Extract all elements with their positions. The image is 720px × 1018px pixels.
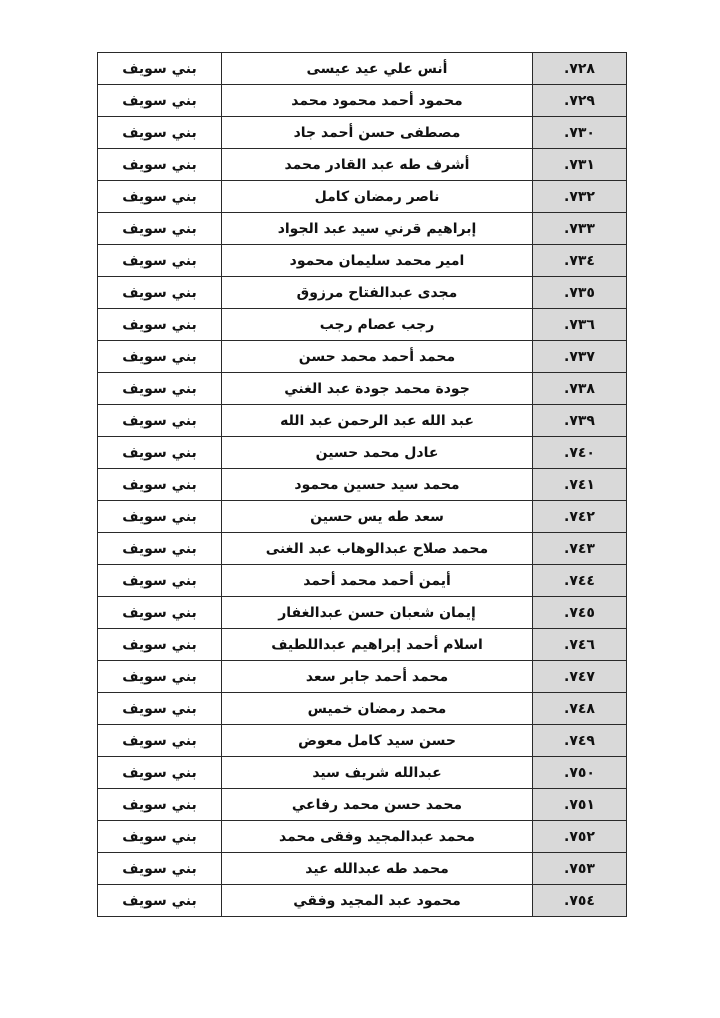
name-cell: امير محمد سليمان محمود: [222, 245, 533, 277]
number-cell: ٧٣٤.: [533, 245, 627, 277]
table-row: بني سويفمحمد رمضان خميس٧٤٨.: [98, 693, 627, 725]
table-row: بني سويفأيمن أحمد محمد أحمد٧٤٤.: [98, 565, 627, 597]
number-cell: ٧٣٦.: [533, 309, 627, 341]
name-cell: محمد سيد حسين محمود: [222, 469, 533, 501]
name-cell: محمد عبدالمجيد وفقى محمد: [222, 821, 533, 853]
name-cell: سعد طه يس حسين: [222, 501, 533, 533]
city-cell: بني سويف: [98, 501, 222, 533]
number-cell: ٧٣٥.: [533, 277, 627, 309]
table-row: بني سويفعبد الله عبد الرحمن عبد الله٧٣٩.: [98, 405, 627, 437]
city-cell: بني سويف: [98, 245, 222, 277]
table-row: بني سويفامير محمد سليمان محمود٧٣٤.: [98, 245, 627, 277]
number-cell: ٧٤٢.: [533, 501, 627, 533]
city-cell: بني سويف: [98, 565, 222, 597]
city-cell: بني سويف: [98, 277, 222, 309]
number-cell: ٧٤٥.: [533, 597, 627, 629]
name-cell: محمد أحمد جابر سعد: [222, 661, 533, 693]
name-cell: عبدالله شريف سيد: [222, 757, 533, 789]
city-cell: بني سويف: [98, 693, 222, 725]
city-cell: بني سويف: [98, 373, 222, 405]
table-row: بني سويفمصطفى حسن أحمد جاد٧٣٠.: [98, 117, 627, 149]
number-cell: ٧٣٩.: [533, 405, 627, 437]
city-cell: بني سويف: [98, 149, 222, 181]
city-cell: بني سويف: [98, 629, 222, 661]
city-cell: بني سويف: [98, 821, 222, 853]
table-row: بني سويفأشرف طه عبد القادر محمد٧٣١.: [98, 149, 627, 181]
table-row: بني سويفمجدى عبدالفتاح مرزوق٧٣٥.: [98, 277, 627, 309]
name-cell: محمود أحمد محمود محمد: [222, 85, 533, 117]
city-cell: بني سويف: [98, 725, 222, 757]
name-cell: أشرف طه عبد القادر محمد: [222, 149, 533, 181]
city-cell: بني سويف: [98, 885, 222, 917]
city-cell: بني سويف: [98, 213, 222, 245]
city-cell: بني سويف: [98, 341, 222, 373]
names-table-body: بني سويفأنس علي عيد عيسى٧٢٨.بني سويفمحمو…: [98, 53, 627, 917]
table-row: بني سويفمحمد أحمد محمد حسن٧٣٧.: [98, 341, 627, 373]
number-cell: ٧٥٣.: [533, 853, 627, 885]
number-cell: ٧٣٧.: [533, 341, 627, 373]
number-cell: ٧٤١.: [533, 469, 627, 501]
name-cell: محمد حسن محمد رفاعي: [222, 789, 533, 821]
city-cell: بني سويف: [98, 85, 222, 117]
number-cell: ٧٤٦.: [533, 629, 627, 661]
table-row: بني سويفمحمود أحمد محمود محمد٧٢٩.: [98, 85, 627, 117]
table-row: بني سويفمحمد صلاح عبدالوهاب عبد الغنى٧٤٣…: [98, 533, 627, 565]
number-cell: ٧٣٢.: [533, 181, 627, 213]
number-cell: ٧٣٠.: [533, 117, 627, 149]
table-row: بني سويفجودة محمد جودة عبد الغني٧٣٨.: [98, 373, 627, 405]
number-cell: ٧٥٤.: [533, 885, 627, 917]
city-cell: بني سويف: [98, 117, 222, 149]
number-cell: ٧٤٨.: [533, 693, 627, 725]
name-cell: محمد أحمد محمد حسن: [222, 341, 533, 373]
table-row: بني سويفمحمد حسن محمد رفاعي٧٥١.: [98, 789, 627, 821]
city-cell: بني سويف: [98, 597, 222, 629]
table-row: بني سويفرجب عصام رجب٧٣٦.: [98, 309, 627, 341]
city-cell: بني سويف: [98, 405, 222, 437]
name-cell: محمود عبد المجيد وفقي: [222, 885, 533, 917]
table-row: بني سويفعادل محمد حسين٧٤٠.: [98, 437, 627, 469]
number-cell: ٧٢٩.: [533, 85, 627, 117]
number-cell: ٧٤٩.: [533, 725, 627, 757]
table-row: بني سويفحسن سيد كامل معوض٧٤٩.: [98, 725, 627, 757]
name-cell: أنس علي عيد عيسى: [222, 53, 533, 85]
name-cell: اسلام أحمد إبراهيم عبداللطيف: [222, 629, 533, 661]
name-cell: مصطفى حسن أحمد جاد: [222, 117, 533, 149]
city-cell: بني سويف: [98, 437, 222, 469]
city-cell: بني سويف: [98, 53, 222, 85]
number-cell: ٧٣٣.: [533, 213, 627, 245]
city-cell: بني سويف: [98, 661, 222, 693]
city-cell: بني سويف: [98, 533, 222, 565]
name-cell: عبد الله عبد الرحمن عبد الله: [222, 405, 533, 437]
name-cell: رجب عصام رجب: [222, 309, 533, 341]
number-cell: ٧٣٨.: [533, 373, 627, 405]
number-cell: ٧٥١.: [533, 789, 627, 821]
name-cell: مجدى عبدالفتاح مرزوق: [222, 277, 533, 309]
name-cell: إبراهيم قرني سيد عبد الجواد: [222, 213, 533, 245]
table-row: بني سويفمحمد عبدالمجيد وفقى محمد٧٥٢.: [98, 821, 627, 853]
number-cell: ٧٥٠.: [533, 757, 627, 789]
city-cell: بني سويف: [98, 853, 222, 885]
table-row: بني سويفإبراهيم قرني سيد عبد الجواد٧٣٣.: [98, 213, 627, 245]
table-row: بني سويفمحمود عبد المجيد وفقي٧٥٤.: [98, 885, 627, 917]
city-cell: بني سويف: [98, 469, 222, 501]
city-cell: بني سويف: [98, 757, 222, 789]
table-row: بني سويفسعد طه يس حسين٧٤٢.: [98, 501, 627, 533]
document-page: بني سويفأنس علي عيد عيسى٧٢٨.بني سويفمحمو…: [0, 0, 720, 1018]
name-cell: محمد طه عبدالله عيد: [222, 853, 533, 885]
name-cell: عادل محمد حسين: [222, 437, 533, 469]
number-cell: ٧٤٣.: [533, 533, 627, 565]
number-cell: ٧٥٢.: [533, 821, 627, 853]
name-cell: إيمان شعبان حسن عبدالغفار: [222, 597, 533, 629]
name-cell: حسن سيد كامل معوض: [222, 725, 533, 757]
number-cell: ٧٤٤.: [533, 565, 627, 597]
city-cell: بني سويف: [98, 789, 222, 821]
name-cell: أيمن أحمد محمد أحمد: [222, 565, 533, 597]
table-row: بني سويفمحمد طه عبدالله عيد٧٥٣.: [98, 853, 627, 885]
table-row: بني سويفعبدالله شريف سيد٧٥٠.: [98, 757, 627, 789]
table-row: بني سويفإيمان شعبان حسن عبدالغفار٧٤٥.: [98, 597, 627, 629]
number-cell: ٧٣١.: [533, 149, 627, 181]
number-cell: ٧٢٨.: [533, 53, 627, 85]
name-cell: محمد صلاح عبدالوهاب عبد الغنى: [222, 533, 533, 565]
city-cell: بني سويف: [98, 309, 222, 341]
name-cell: ناصر رمضان كامل: [222, 181, 533, 213]
table-row: بني سويفأنس علي عيد عيسى٧٢٨.: [98, 53, 627, 85]
name-cell: جودة محمد جودة عبد الغني: [222, 373, 533, 405]
city-cell: بني سويف: [98, 181, 222, 213]
names-table: بني سويفأنس علي عيد عيسى٧٢٨.بني سويفمحمو…: [97, 52, 627, 917]
table-row: بني سويفناصر رمضان كامل٧٣٢.: [98, 181, 627, 213]
table-row: بني سويفمحمد أحمد جابر سعد٧٤٧.: [98, 661, 627, 693]
table-row: بني سويفاسلام أحمد إبراهيم عبداللطيف٧٤٦.: [98, 629, 627, 661]
number-cell: ٧٤٧.: [533, 661, 627, 693]
table-row: بني سويفمحمد سيد حسين محمود٧٤١.: [98, 469, 627, 501]
number-cell: ٧٤٠.: [533, 437, 627, 469]
name-cell: محمد رمضان خميس: [222, 693, 533, 725]
